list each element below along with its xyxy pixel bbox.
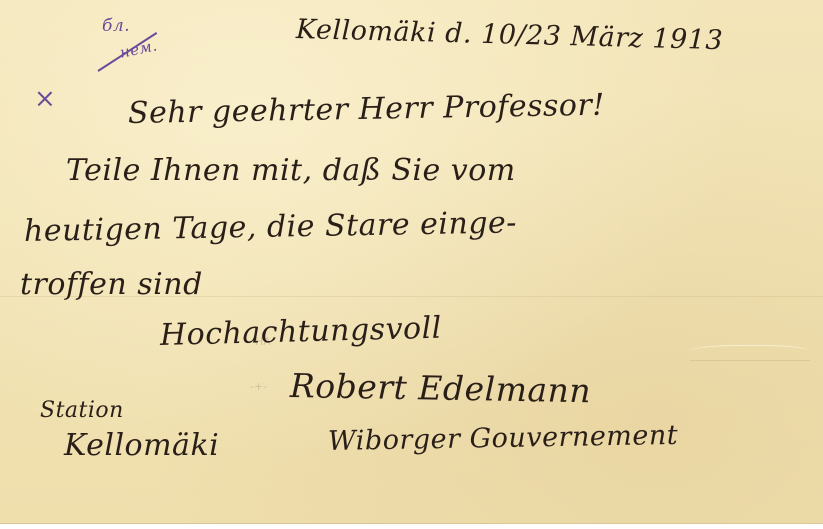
annotation-note-top: бл. [102, 16, 130, 36]
body-line-2: heutigen Tage, die Stare einge- [24, 205, 517, 249]
place-date-line: Kellomäki d. 10/23 März 1913 [296, 14, 724, 56]
faint-stamp-mark: -+- [250, 380, 267, 393]
closing: Hochachtungsvoll [160, 311, 443, 353]
region-name: Wiborger Gouvernement [328, 420, 679, 457]
paper-emboss [690, 345, 810, 361]
annotation-note-bottom: нем. [118, 36, 159, 62]
body-line-1: Teile Ihnen mit, daß Sie vom [66, 153, 516, 188]
station-name: Kellomäki [64, 428, 219, 463]
salutation: Sehr geehrter Herr Professor! [128, 88, 605, 131]
postcard: бл. нем. × Kellomäki d. 10/23 März 1913 … [0, 0, 823, 524]
body-line-3: troffen sind [20, 267, 203, 302]
signature: Robert Edelmann [290, 366, 592, 410]
station-label: Station [40, 398, 124, 423]
x-mark-icon: × [34, 84, 56, 114]
